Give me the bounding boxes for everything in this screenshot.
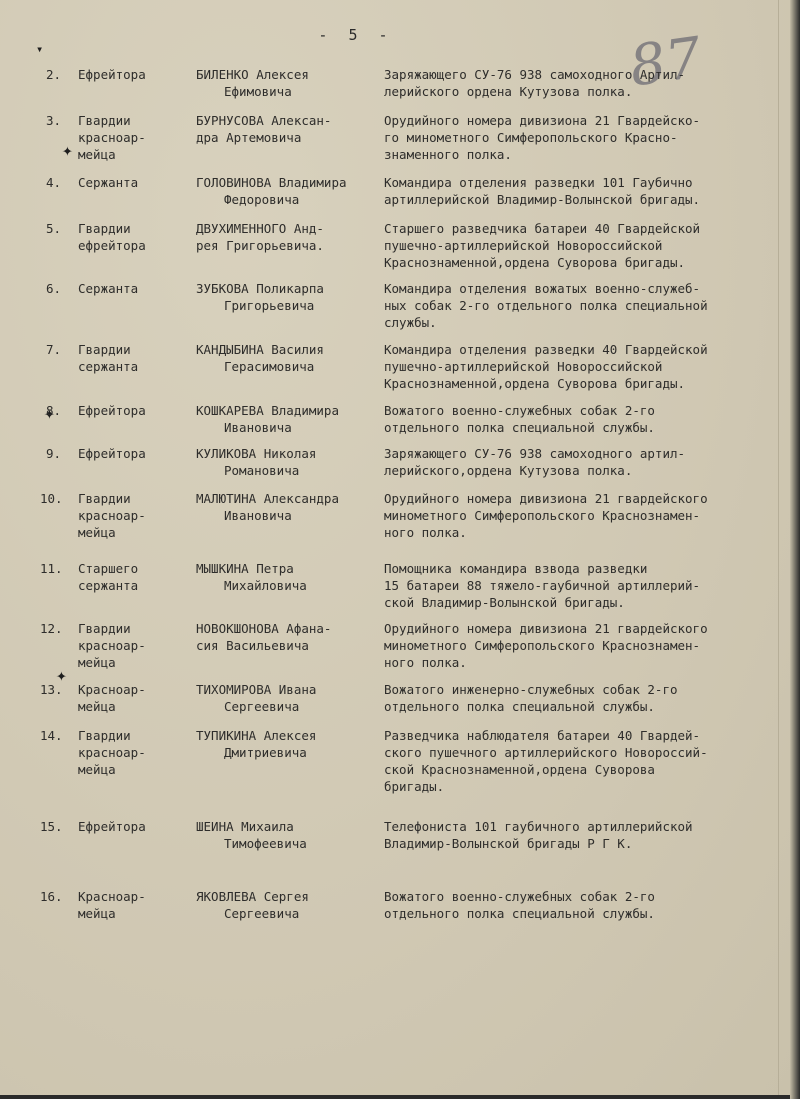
entry-number: 13.: [40, 681, 72, 698]
page-number: - 5 -: [316, 26, 396, 44]
entry-description: Вожатого военно-служебных собак 2-го отд…: [384, 888, 798, 922]
entry-rank: Ефрейтора: [78, 445, 198, 462]
entry-rank: Гвардии красноар- мейца: [78, 490, 198, 541]
paper-fold-line: [778, 0, 779, 1095]
entry-rank: Гвардии красноар- мейца: [78, 620, 198, 671]
entry-name: ТУПИКИНА АлексеяДмитриевича: [196, 727, 386, 761]
entry-rank: Гвардии ефрейтора: [78, 220, 198, 254]
entry-rank: Красноар- мейца: [78, 681, 198, 715]
entry-number: 14.: [40, 727, 72, 744]
document-page: - 5 - 87 ▾ ✦ ✦ ✦ 2. Ефрейтора БИЛЕНКО Ал…: [0, 0, 790, 1095]
ink-mark: ▾: [36, 42, 43, 56]
entry-rank: Красноар- мейца: [78, 888, 198, 922]
entry-number: 16.: [40, 888, 72, 905]
entry-name: БИЛЕНКО АлексеяЕфимовича: [196, 66, 386, 100]
entry-number: 6.: [46, 280, 78, 297]
entry-name: ГОЛОВИНОВА ВладимираФедоровича: [196, 174, 386, 208]
entry-name: КУЛИКОВА НиколаяРомановича: [196, 445, 386, 479]
entry-description: Заряжающего СУ-76 938 самоходного артил-…: [384, 445, 798, 479]
entry-rank: Ефрейтора: [78, 402, 198, 419]
entry-rank: Ефрейтора: [78, 66, 198, 83]
check-mark-icon: ✦: [62, 140, 73, 161]
entry-description: Старшего разведчика батареи 40 Гвардейск…: [384, 220, 798, 271]
entry-number: 8.: [46, 402, 78, 419]
entry-description: Помощника командира взвода разведки 15 б…: [384, 560, 798, 611]
entry-name: ЗУБКОВА ПоликарпаГригорьевича: [196, 280, 386, 314]
entry-description: Заряжающего СУ-76 938 самоходного Артил-…: [384, 66, 798, 100]
entry-description: Телефониста 101 гаубичного артиллерийско…: [384, 818, 798, 852]
entry-number: 5.: [46, 220, 78, 237]
entry-description: Орудийного номера дивизиона 21 гвардейск…: [384, 490, 798, 541]
entry-number: 11.: [40, 560, 72, 577]
entry-name: ЯКОВЛЕВА СергеяСергеевича: [196, 888, 386, 922]
entry-number: 9.: [46, 445, 78, 462]
entry-number: 15.: [40, 818, 72, 835]
entry-description: Вожатого военно-служебных собак 2-го отд…: [384, 402, 798, 436]
entry-number: 2.: [46, 66, 78, 83]
entry-name: МАЛЮТИНА АлександраИвановича: [196, 490, 386, 524]
entry-name: ТИХОМИРОВА ИванаСергеевича: [196, 681, 386, 715]
page-edge-shadow: [790, 0, 800, 1099]
entry-name: НОВОКШОНОВА Афана-сия Васильевича: [196, 620, 386, 654]
entry-name: БУРНУСОВА Алексан-дра Артемовича: [196, 112, 386, 146]
entry-description: Командира отделения вожатых военно-служе…: [384, 280, 798, 331]
entry-rank: Гвардии красноар- мейца: [78, 727, 198, 778]
entry-name: ДВУХИМЕННОГО Анд-рея Григорьевича.: [196, 220, 386, 254]
entry-rank: Ефрейтора: [78, 818, 198, 835]
entry-rank: Гвардии сержанта: [78, 341, 198, 375]
entry-description: Орудийного номера дивизиона 21 гвардейск…: [384, 620, 798, 671]
entry-rank: Старшего сержанта: [78, 560, 198, 594]
entry-rank: Сержанта: [78, 174, 198, 191]
entry-description: Разведчика наблюдателя батареи 40 Гварде…: [384, 727, 798, 795]
entry-description: Командира отделения разведки 40 Гвардейс…: [384, 341, 798, 392]
entry-name: КОШКАРЕВА ВладимираИвановича: [196, 402, 386, 436]
entry-description: Командира отделения разведки 101 Гаубичн…: [384, 174, 798, 208]
entry-rank: Гвардии красноар- мейца: [78, 112, 198, 163]
entry-number: 12.: [40, 620, 72, 637]
entry-name: КАНДЫБИНА ВасилияГерасимовича: [196, 341, 386, 375]
entry-number: 3.: [46, 112, 78, 129]
entry-name: ШЕИНА МихаилаТимофеевича: [196, 818, 386, 852]
entry-rank: Сержанта: [78, 280, 198, 297]
entry-name: МЫШКИНА ПетраМихайловича: [196, 560, 386, 594]
entry-number: 4.: [46, 174, 78, 191]
entry-number: 10.: [40, 490, 72, 507]
entry-description: Орудийного номера дивизиона 21 Гвардейск…: [384, 112, 798, 163]
entry-description: Вожатого инженерно-служебных собак 2-го …: [384, 681, 798, 715]
entry-number: 7.: [46, 341, 78, 358]
